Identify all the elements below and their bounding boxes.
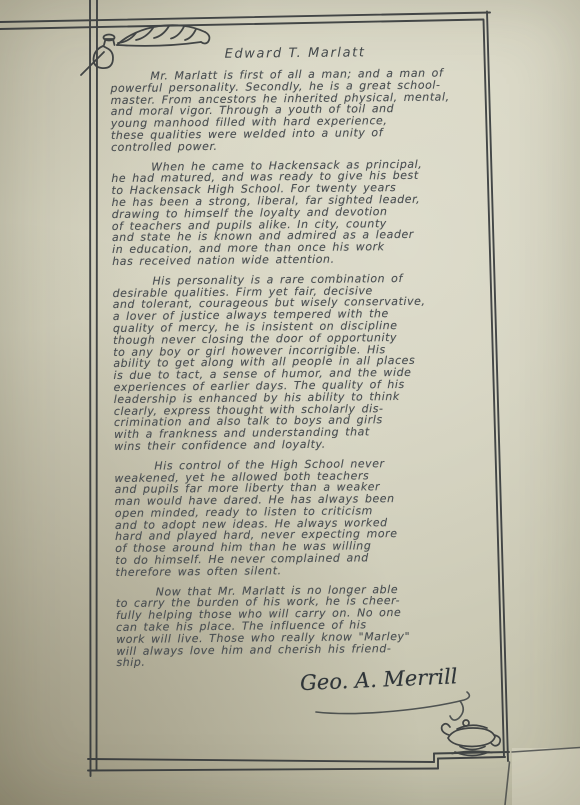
signature-flourish [316,692,469,720]
paragraph: Now that Mr. Marlatt is no longer ableto… [116,583,487,669]
page-edge-lines [505,748,580,805]
tribute-text: Edward T. Marlatt Mr. Marlatt is first o… [110,44,487,677]
paragraph: When he came to Hackensack as principal,… [111,158,482,268]
text-line: controlled power. [111,138,481,154]
text-line: has received nation wide attention. [112,252,482,268]
paragraph: His control of the High School neverweak… [114,457,485,579]
paragraphs: Mr. Marlatt is first of all a man; and a… [110,67,486,669]
oil-lamp-icon [442,720,501,756]
text-line: wins their confidence and loyalty. [114,437,484,453]
page-title: Edward T. Marlatt [110,44,480,63]
paragraph: His personality is a rare combination of… [112,272,484,453]
yearbook-page-photo: Edward T. Marlatt Mr. Marlatt is first o… [0,0,580,805]
text-line: therefore was often silent. [115,563,485,579]
paragraph: Mr. Marlatt is first of all a man; and a… [110,67,481,153]
